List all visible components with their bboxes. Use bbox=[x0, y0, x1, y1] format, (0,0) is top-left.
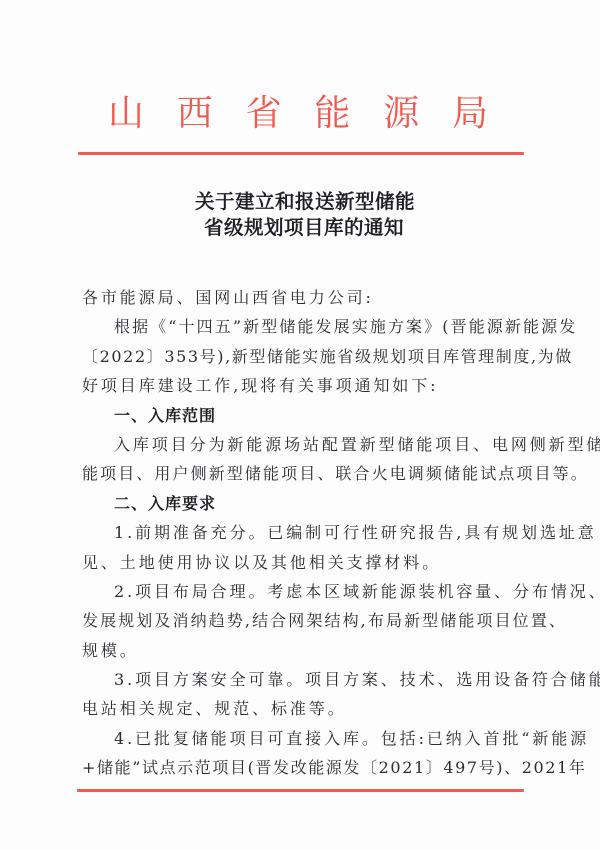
list-item-1: 1.前期准备充分。已编制可行性研究报告,具有规划选址意 bbox=[82, 518, 528, 547]
letterhead-char: 局 bbox=[452, 93, 488, 135]
list-item-3: 3.项目方案安全可靠。项目方案、技术、选用设备符合储能 bbox=[82, 665, 528, 694]
letterhead-char: 省 bbox=[246, 93, 282, 135]
list-item-4: 4.已批复储能项目可直接入库。包括:已纳入首批“新能源 bbox=[82, 724, 528, 753]
red-divider-bottom bbox=[77, 789, 524, 792]
letterhead-issuer: 山 西 省 能 源 局 bbox=[108, 93, 488, 135]
letterhead-char: 西 bbox=[177, 93, 213, 135]
letterhead-char: 山 bbox=[108, 93, 144, 135]
letterhead-char: 源 bbox=[383, 93, 419, 135]
paragraph-line: 根据《“十四五”新型储能发展实施方案》(晋能源新能源发 bbox=[82, 312, 528, 341]
document-page: 山 西 省 能 源 局 关于建立和报送新型储能 省级规划项目库的通知 各市能源局… bbox=[0, 0, 600, 849]
paragraph-line: 见、土地使用协议以及其他相关支撑材料。 bbox=[82, 548, 528, 577]
letterhead-char: 能 bbox=[314, 93, 350, 135]
list-item-2: 2.项目布局合理。考虑本区域新能源装机容量、分布情况、 bbox=[82, 577, 528, 606]
document-body: 各市能源局、国网山西省电力公司: 根据《“十四五”新型储能发展实施方案》(晋能源… bbox=[82, 283, 528, 783]
document-title-line-2: 省级规划项目库的通知 bbox=[4, 212, 600, 240]
paragraph-line: 入库项目分为新能源场站配置新型储能项目、电网侧新型储 bbox=[82, 430, 528, 459]
section-heading-scope: 一、入库范围 bbox=[82, 401, 528, 430]
paragraph-line: 〔2022〕353号),新型储能实施省级规划项目库管理制度,为做 bbox=[82, 342, 528, 371]
paragraph-line: 好项目库建设工作,现将有关事项通知如下: bbox=[82, 371, 528, 400]
paragraph-line: 能项目、用户侧新型储能项目、联合火电调频储能试点项目等。 bbox=[82, 459, 528, 488]
red-divider-top bbox=[78, 152, 524, 155]
paragraph-line: 规模。 bbox=[82, 636, 528, 665]
paragraph-line: +储能”试点示范项目(晋发改能源发〔2021〕497号)、2021年 bbox=[82, 753, 528, 782]
paragraph-line: 电站相关规定、规范、标准等。 bbox=[82, 694, 528, 723]
section-heading-requirements: 二、入库要求 bbox=[82, 489, 528, 518]
document-title-line-1: 关于建立和报送新型储能 bbox=[5, 186, 600, 214]
paragraph-line: 发展规划及消纳趋势,结合网架结构,布局新型储能项目位置、 bbox=[82, 606, 528, 635]
salutation: 各市能源局、国网山西省电力公司: bbox=[82, 283, 528, 312]
